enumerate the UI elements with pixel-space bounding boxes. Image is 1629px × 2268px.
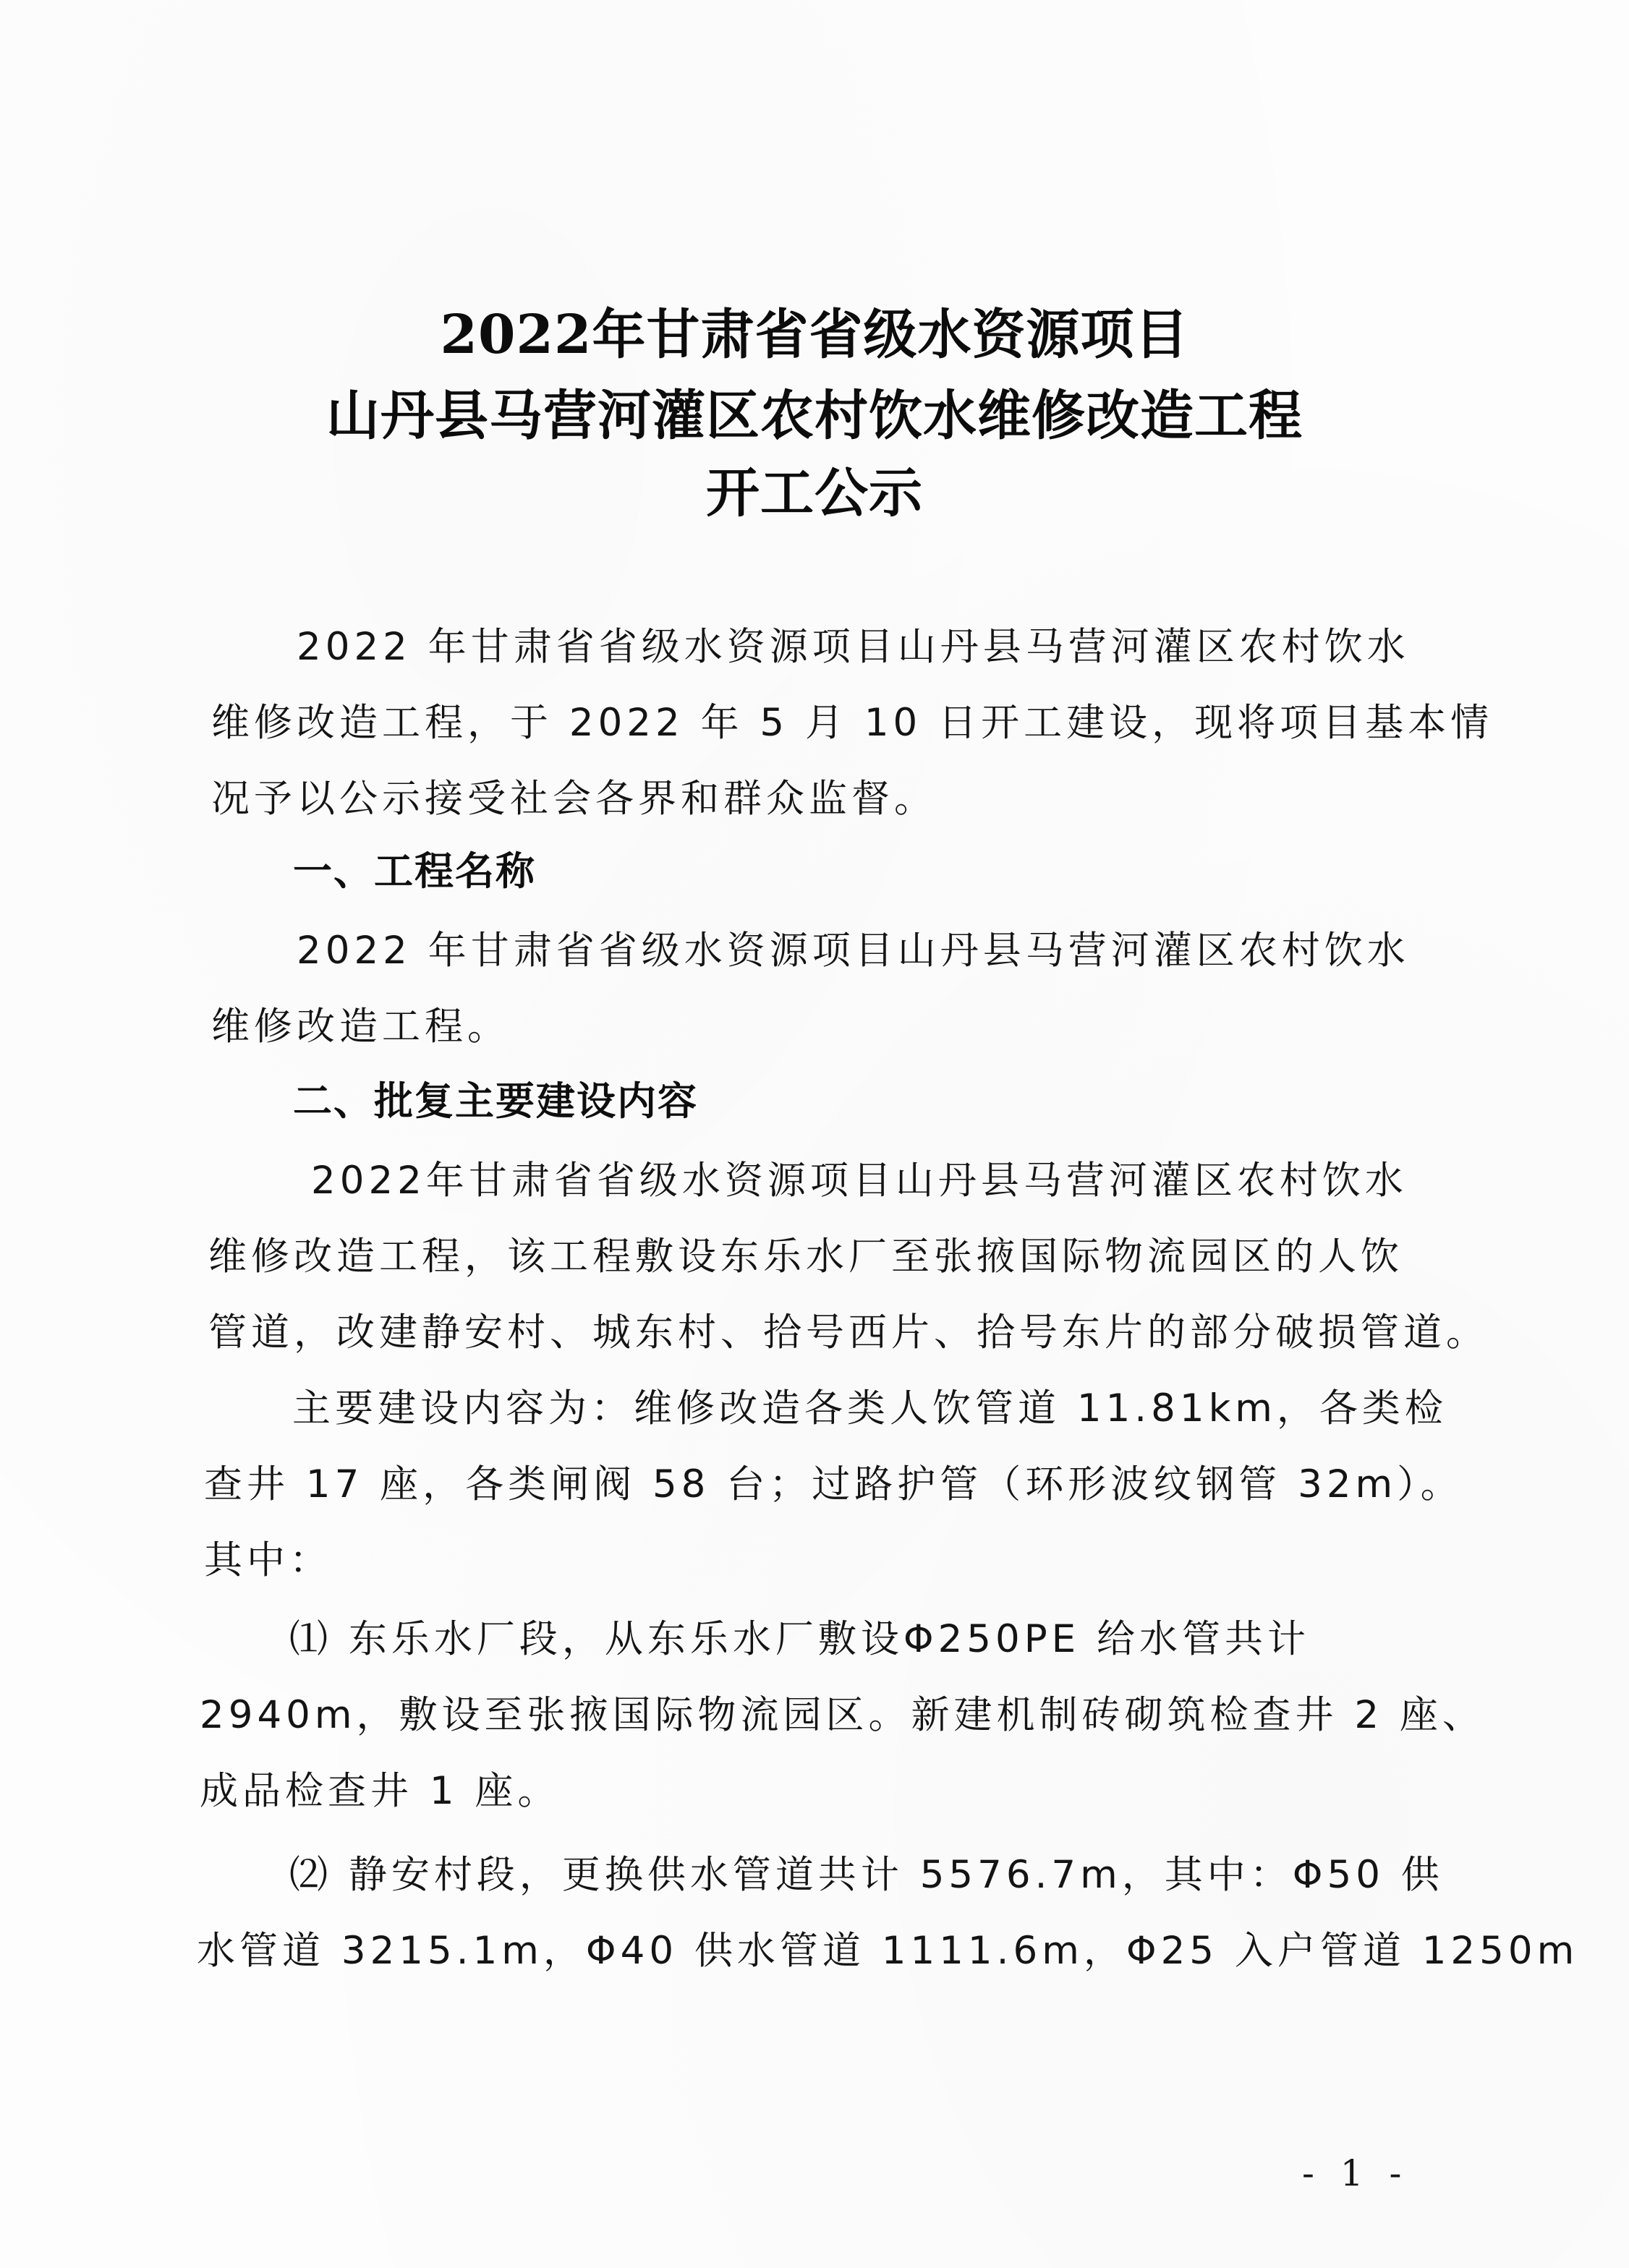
section-heading-approved-content: 二、批复主要建设内容 [293, 1076, 698, 1127]
section-2-paragraph-line: 查井 17 座，各类闸阀 58 台；过路护管（环形波纹钢管 32m）。 [204, 1459, 1463, 1510]
section-2-item-line: 水管道 3215.1m，Φ40 供水管道 1111.6m，Φ25 入户管道 12… [197, 1926, 1578, 1977]
section-2-paragraph-line: 主要建设内容为：维修改造各类人饮管道 11.81km，各类检 [292, 1384, 1447, 1434]
page-number: - 1 - [1302, 2152, 1408, 2195]
section-2-paragraph-line: 2022年甘肃省省级水资源项目山丹县马营河灌区农村饮水 [311, 1156, 1408, 1206]
document-title-line-2: 山丹县马营河灌区农村饮水维修改造工程 [0, 383, 1629, 448]
section-2-paragraph-line: 其中： [204, 1535, 332, 1586]
intro-paragraph-line: 2022 年甘肃省省级水资源项目山丹县马营河灌区农村饮水 [297, 622, 1410, 673]
section-heading-project-name: 一、工程名称 [293, 846, 536, 897]
section-2-item-line: 2940m，敷设至张掖国际物流园区。新建机制砖砌筑检查井 2 座、 [200, 1690, 1485, 1741]
section-2-paragraph-line: 管道，改建静安村、城东村、拾号西片、拾号东片的部分破损管道。 [208, 1308, 1489, 1358]
section-1-paragraph-line: 维修改造工程。 [211, 1002, 510, 1052]
document-title-line-1: 2022年甘肃省省级水资源项目 [0, 302, 1629, 367]
intro-paragraph-line: 况予以公示接受社会各界和群众监督。 [211, 774, 937, 824]
section-2-item-line: 成品检查井 1 座。 [200, 1766, 560, 1817]
document-title-line-3: 开工公示 [0, 461, 1629, 526]
section-2-item-line: ⑴ 东乐水厂段，从东乐水厂敷设Φ250PE 给水管共计 [289, 1614, 1310, 1665]
section-1-paragraph-line: 2022 年甘肃省省级水资源项目山丹县马营河灌区农村饮水 [297, 926, 1410, 976]
intro-paragraph-line: 维修改造工程，于 2022 年 5 月 10 日开工建设，现将项目基本情 [211, 698, 1493, 749]
section-2-paragraph-line: 维修改造工程，该工程敷设东乐水厂至张掖国际物流园区的人饮 [208, 1232, 1403, 1282]
section-2-item-line: ⑵ 静安村段，更换供水管道共计 5576.7m，其中：Φ50 供 [289, 1850, 1444, 1901]
document-page: 2022年甘肃省省级水资源项目 山丹县马营河灌区农村饮水维修改造工程 开工公示 … [0, 0, 1629, 2268]
